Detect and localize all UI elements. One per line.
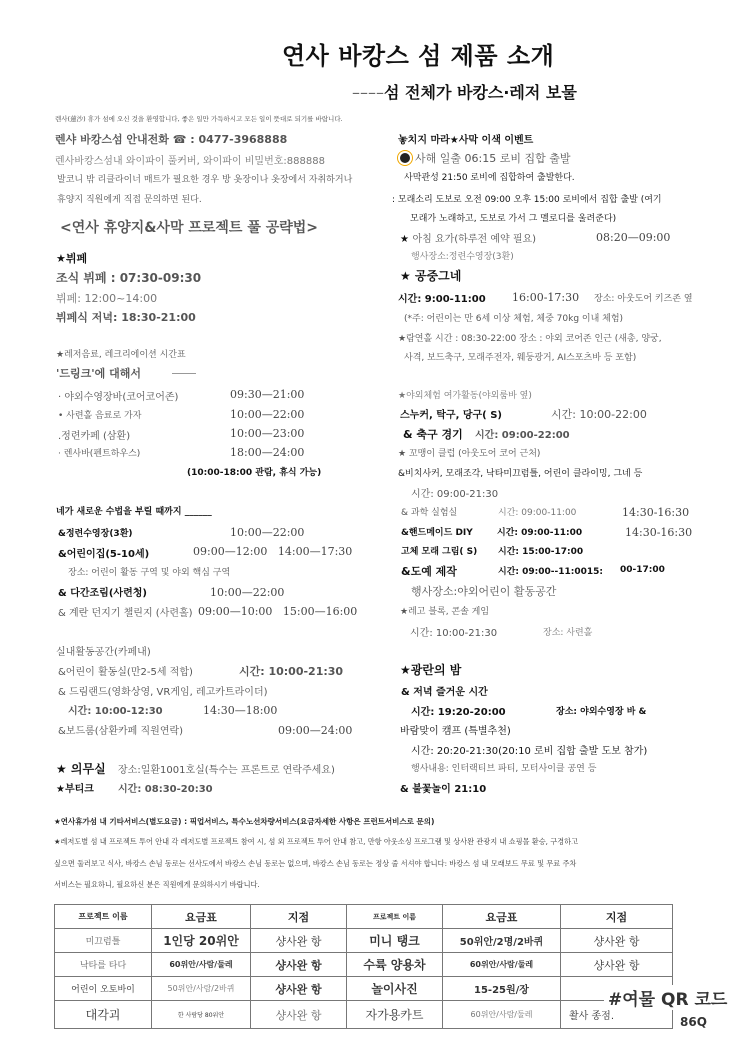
science-lab: & 과학 실험실	[401, 505, 457, 518]
table-row: 어린이 오토바이 50위안/사람/2바퀴 샹사완 항 놀이사진 15-25원/장	[55, 977, 673, 1001]
price: 한 사람당 80위안	[152, 1001, 251, 1029]
camp-content: 행사내용: 인터랙티브 파티, 모터사이클 공연 등	[411, 761, 596, 774]
col-header-location: 지점	[251, 905, 347, 929]
night-heading: ★광란의 밤	[400, 661, 461, 678]
activity-time: 09:00—10:00 15:00—16:00	[198, 605, 357, 618]
phone-info: 렌샤 바캉스섬 안내전화 ☎ : 0477-3968888	[55, 131, 287, 147]
lego-games: ★레고 블록, 콘솔 게임	[400, 604, 489, 617]
indoor-heading: 실내활동공간(카페내)	[56, 643, 151, 658]
tour-note-2: 싶으면 둘러보고 식사, 바캉스 손님 동로는 선사도에서 바캉스 손님 동로는…	[54, 859, 576, 869]
tour-note-3: 서비스는 필요하니, 필요하신 분은 직원에게 문의하시기 바랍니다.	[54, 880, 260, 890]
drinks-heading: '드링크'에 대해서	[56, 365, 141, 381]
snooker: 스누커, 탁구, 당구( S)	[400, 406, 502, 421]
qr-code-label: #여물 QR 코드	[604, 985, 731, 1010]
balcony-info-1: 발코니 밖 리클라이너 매트가 필요한 경우 방 옷장이나 옷장에서 자취하거나	[57, 172, 352, 185]
yoga-text: 아침 요가(하루전 예약 필요)	[412, 234, 536, 245]
sunrise-text: 사해 일출 06:15 로비 집합 출발	[415, 152, 570, 165]
drink-time: 18:00—24:00	[230, 446, 304, 459]
sand-event-2: 모래가 노래하고, 도보로 가서 그 멜로디를 울려준다)	[410, 211, 616, 224]
price: 50위안/사람/2바퀴	[152, 977, 251, 1001]
project-name: 낙타를 타다	[55, 953, 152, 977]
activity-name: & 계란 던지기 챌린지 (사련홀)	[58, 604, 193, 619]
project-name: 대각괴	[55, 1001, 152, 1029]
buffet-lunch: 뷔페: 12:00~14:00	[56, 290, 157, 306]
col-header-price: 요금표	[443, 905, 561, 929]
activity-time: 10:00—22:00	[210, 586, 284, 599]
price: 15-25원/장	[443, 977, 561, 1001]
dreamland-time-2: 14:30—18:00	[203, 704, 277, 717]
show-hall-2: 사격, 보드축구, 모래주전자, 웨둥광거, AI스포츠바 등 포함)	[404, 350, 636, 363]
price: 60위안/사람/둘레	[443, 953, 561, 977]
activity-place: 장소: 어린이 활동 구역 및 야외 핵심 구역	[68, 565, 230, 578]
drink-venue: · 렌사바(펜트하우스)	[58, 446, 140, 459]
services-note: ★연사휴가섬 내 기타서비스(별도요금) : 픽업서비스, 특수노선차량서비스(…	[54, 816, 434, 827]
camp-time: 시간: 20:20-21:30(20:10 로비 집합 출발 도보 참가)	[411, 742, 647, 757]
buffet-dinner: 뷔페식 저녁: 18:30-21:00	[56, 309, 196, 325]
table-header-row: 프로젝트 이름 요금표 지점 프로젝트 이름 요금표 지점	[55, 905, 673, 929]
yoga-place: 행사장소:정련수영장(3환)	[411, 249, 514, 262]
location: 샹사완 항	[251, 977, 347, 1001]
leisure-drinks-label: ★레저음료, 레크리에이션 시간표	[56, 347, 186, 360]
dreamland-time-1: 시간: 10:00-12:30	[68, 702, 163, 717]
kids-club: ★ 꼬맹이 클럽 (아웃도어 코어 근처)	[398, 446, 540, 459]
page-title: 연사 바캉스 섬 제품 소개	[282, 36, 554, 71]
pottery-time-2: 00-17:00	[620, 565, 665, 575]
table-row: 미끄럼틀 1인당 20위안 샹사완 항 미니 탱크 50위안/2명/2바퀴 샹사…	[55, 929, 673, 953]
kids-club-time: 시간: 09:00-21:30	[411, 485, 498, 500]
location: 샹사완 항	[561, 953, 673, 977]
diy-time-2: 14:30-16:30	[625, 526, 692, 539]
swing-heading: ★ 공중그네	[400, 267, 461, 284]
swing-note: (*주: 어린이는 만 6세 이상 체험, 체중 70kg 이내 체험)	[404, 311, 623, 324]
infirmary-label: ★ 의무실	[56, 760, 106, 777]
boardroom-time: 09:00—24:00	[278, 724, 352, 737]
table-row: 대각괴 한 사람당 80위안 샹사완 항 자가용카트 60위안/사람/둘레 촬사…	[55, 1001, 673, 1029]
boutique-detail: 시간: 08:30-20:30	[118, 780, 213, 795]
buffet-breakfast: 조식 뷔페 : 07:30-09:30	[56, 269, 201, 286]
star-icon: ★	[400, 234, 412, 245]
pottery: &도예 제작	[401, 563, 457, 579]
kids-room-time: 시간: 10:00-21:30	[239, 663, 343, 679]
evening-time: 시간: 19:20-20:00	[411, 703, 506, 718]
guide-heading: <연사 휴양지&사막 프로젝트 풀 공략법>	[60, 217, 318, 237]
handmade-diy: &핸드메이드 DIY	[401, 525, 473, 538]
page-subtitle: ––––섬 전체가 바캉스·레저 보물	[352, 80, 577, 103]
yoga-event: ★ 아침 요가(하루전 예약 필요)	[400, 230, 536, 245]
pottery-time-1: 시간: 09:00--11:0015:	[498, 564, 603, 577]
balcony-info-2: 휴양지 직원에게 직접 문의하면 된다.	[57, 192, 202, 205]
price: 1인당 20위안	[152, 929, 251, 953]
desert-events-heading: 놓치지 마라★사막 이색 이벤트	[398, 131, 533, 146]
swing-time-1: 시간: 9:00-11:00	[398, 290, 486, 305]
activity-name: & 다간조림(사련청)	[58, 584, 147, 599]
new-tricks-heading: 네가 새로운 수법을 부릴 때까지 ______	[56, 504, 212, 517]
project-name: 미니 탱크	[347, 929, 443, 953]
kids-club-items: &비치사커, 모래조각, 낙타미끄럼틀, 어린이 클라이밍, 그네 등	[398, 466, 642, 479]
activity-time: 09:00—12:00 14:00—17:30	[193, 545, 352, 558]
science-time-2: 14:30-16:30	[622, 506, 689, 519]
drink-venue: • 사련홀 음료로 가자	[58, 408, 141, 421]
sunrise-event: 사해 일출 06:15 로비 집합 출발	[400, 150, 570, 166]
col-header-price: 요금표	[152, 905, 251, 929]
col-header-project: 프로젝트 이름	[347, 905, 443, 929]
lego-time: 시간: 10:00-21:30	[410, 624, 497, 639]
location: 샹사완 항	[251, 953, 347, 977]
football: & 축구 경기	[403, 426, 463, 442]
drink-time: 10:00—22:00	[230, 408, 304, 421]
evening-fun: & 저녁 즐거운 시간	[401, 683, 488, 698]
show-hall-1: ★람연홀 시간 : 08:30-22:00 장소 : 야외 코어존 인근 (새총…	[398, 331, 662, 344]
buffet-heading: ★뷔페	[56, 250, 87, 266]
diy-time-1: 시간: 09:00-11:00	[497, 525, 582, 538]
project-name: 자가용카트	[347, 1001, 443, 1029]
price: 50위안/2명/2바퀴	[443, 929, 561, 953]
activity-name: &정련수영장(3환)	[58, 526, 133, 539]
football-time: 시간: 09:00-22:00	[475, 426, 570, 441]
project-name: 놀이사진	[347, 977, 443, 1001]
infirmary-detail: 장소:일환1001호실(특수는 프론트로 연락주세요)	[118, 761, 335, 776]
divider	[172, 373, 196, 374]
outdoor-heading: ★야외체험 여가활동(야외룸바 옆)	[398, 388, 532, 401]
fireworks: & 불꽃놀이 21:10	[400, 780, 486, 795]
welcome-text: 렌사(蓮沙) 휴가 섬에 오신 것을 환영합니다, 좋은 일만 가득하시고 모든…	[55, 114, 343, 123]
activity-time: 10:00—22:00	[230, 526, 304, 539]
dreamland: & 드림랜드(영화상영, VR게임, 레고카트라이더)	[58, 683, 268, 698]
evening-place: 장소: 야외수영장 바 &	[556, 704, 646, 717]
price: 60위안/사람/둘레	[152, 953, 251, 977]
sand-art: 고체 모래 그림( S)	[401, 544, 477, 557]
boutique-label: ★부티크	[56, 780, 94, 795]
science-time-1: 시간: 09:00-11:00	[498, 505, 576, 518]
swing-place: 장소: 아웃도어 키즈존 옆	[594, 291, 693, 304]
boardroom: &보드룸(삼환카페 직원연락)	[58, 722, 183, 737]
col-header-location: 지점	[561, 905, 673, 929]
pottery-place: 행사장소:야외어린이 활동공간	[411, 583, 556, 599]
wifi-info: 렌사바캉스섬내 와이파이 풀커버, 와이파이 비밀번호:888888	[55, 152, 325, 167]
snooker-time: 시간: 10:00-22:00	[551, 406, 647, 422]
yoga-time: 08:20—09:00	[596, 231, 670, 244]
price: 60위안/사람/둘레	[443, 1001, 561, 1029]
activity-name: &어린이집(5-10세)	[58, 545, 149, 560]
kids-room: &어린이 활동실(만2-5세 적합)	[58, 663, 193, 678]
sun-icon	[400, 153, 410, 163]
location: 샹사완 항	[561, 929, 673, 953]
drink-time: 09:30—21:00	[230, 388, 304, 401]
table-row: 낙타를 타다 60위안/사람/둘레 샹사완 항 수륙 양용차 60위안/사람/둘…	[55, 953, 673, 977]
location: 샹사완 항	[251, 1001, 347, 1029]
price-table: 프로젝트 이름 요금표 지점 프로젝트 이름 요금표 지점 미끄럼틀 1인당 2…	[54, 904, 673, 1029]
drink-venue: · 야외수영장바(코어코어존)	[58, 388, 178, 403]
qr-code-id: 86Q	[680, 1015, 707, 1029]
sand-art-time: 시간: 15:00-17:00	[498, 544, 583, 557]
swing-time-2: 16:00-17:30	[512, 291, 579, 304]
location: 샹사완 항	[251, 929, 347, 953]
project-name: 미끄럼틀	[55, 929, 152, 953]
stargazing-event: 사막관성 21:50 로비에 집합하여 출발한다.	[404, 170, 575, 183]
sand-event-1: : 모래소리 도보로 오전 09:00 오후 15:00 로비에서 집합 출발 …	[392, 192, 662, 205]
drink-time: 10:00—23:00	[230, 427, 304, 440]
subtitle-text: 섬 전체가 바캉스·레저 보물	[384, 83, 577, 102]
project-name: 수륙 양용차	[347, 953, 443, 977]
subtitle-dash: ––––	[352, 83, 384, 102]
tour-note-1: ★레저도별 섬 내 프로젝트 투어 안내 각 레저도별 프로젝트 참여 시, 섬…	[54, 837, 578, 847]
wind-camp: 바람맞이 캠프 (특별추천)	[400, 722, 511, 737]
col-header-project: 프로젝트 이름	[55, 905, 152, 929]
drink-venue: .정련카페 (삼환)	[58, 427, 130, 442]
drinks-note: (10:00-18:00 관람, 휴식 가능)	[187, 465, 321, 478]
project-name: 어린이 오토바이	[55, 977, 152, 1001]
lego-place: 장소: 사련홀	[543, 625, 592, 638]
